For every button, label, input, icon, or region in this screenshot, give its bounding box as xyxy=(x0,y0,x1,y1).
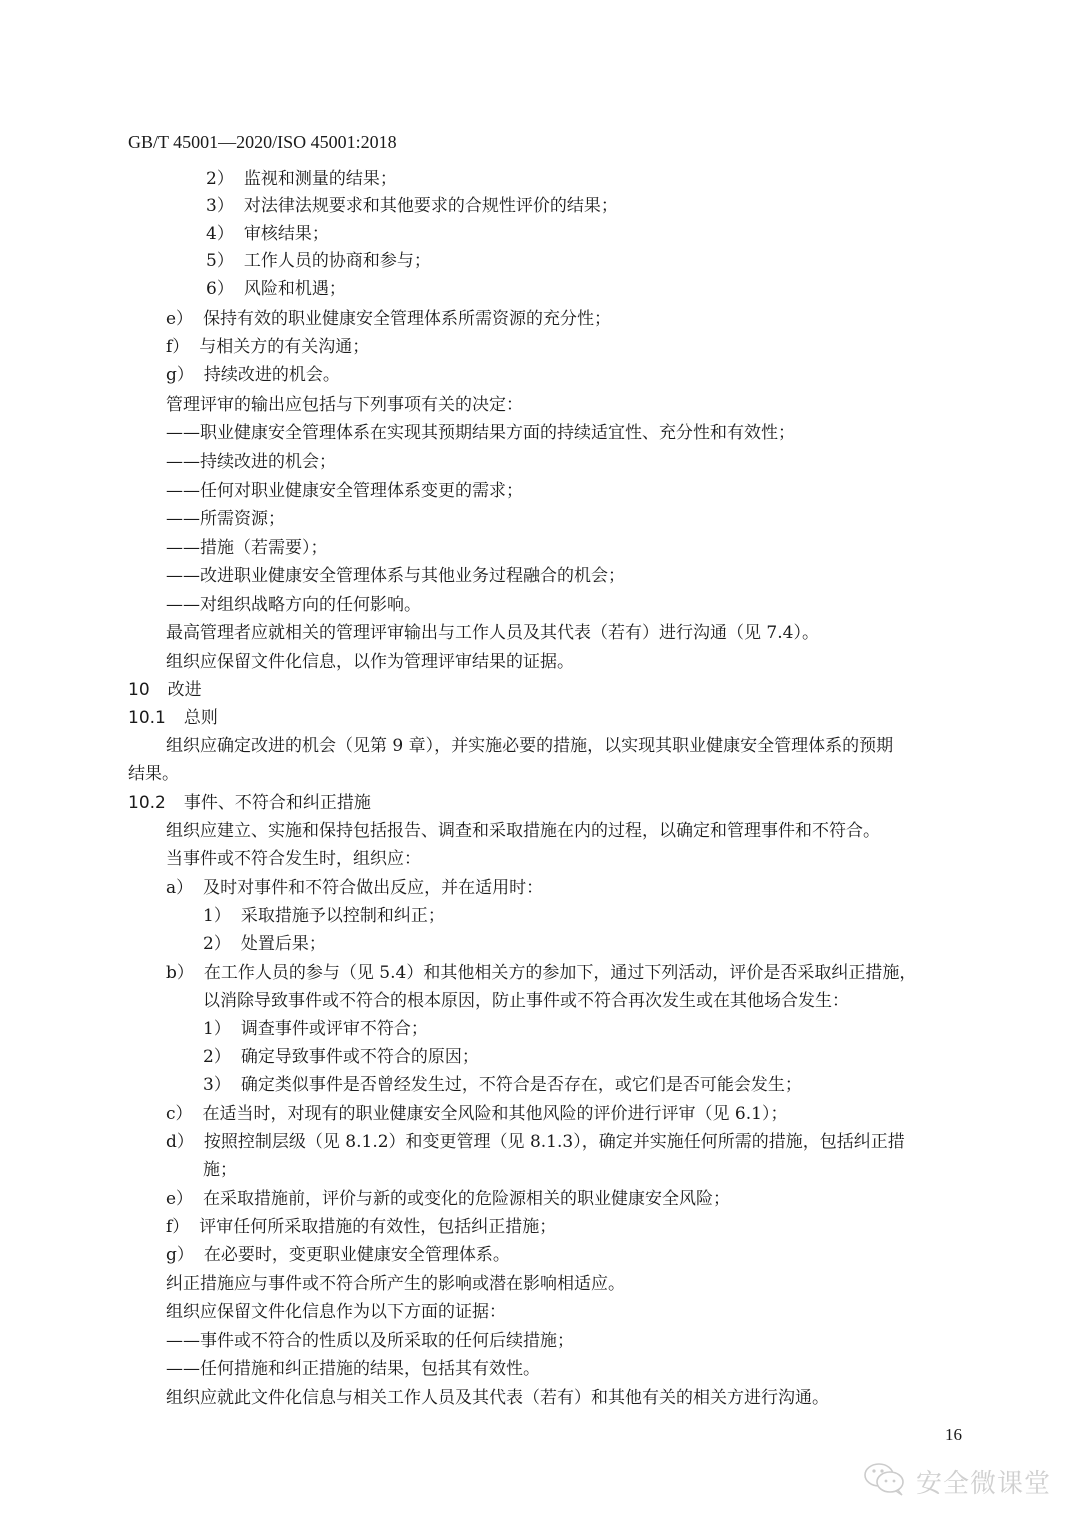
item-text: ——对组织战略方向的任何影响。 xyxy=(166,595,421,615)
item-text: 施； xyxy=(203,1160,237,1180)
text-line: ——持续改进的机会； xyxy=(166,449,336,476)
text-line: 组织应确定改进的机会（见第 9 章），并实施必要的措施，以实现其职业健康安全管理… xyxy=(166,733,893,760)
text-line: b）在工作人员的参与（见 5.4）和其他相关方的参加下，通过下列活动，评价是否采… xyxy=(166,960,916,987)
text-line: a）及时对事件和不符合做出反应，并在适用时： xyxy=(166,875,543,902)
text-line: ——措施（若需要）； xyxy=(166,535,328,562)
item-text: 审核结果； xyxy=(244,224,329,244)
item-text: 组织应保留文件化信息作为以下方面的证据： xyxy=(166,1302,506,1322)
item-text: 工作人员的协商和参与； xyxy=(244,251,431,271)
item-text: 总则 xyxy=(184,708,218,728)
text-line: c）在适当时，对现有的职业健康安全风险和其他风险的评价进行评审（见 6.1）； xyxy=(166,1101,787,1128)
text-line: 1）调查事件或评审不符合； xyxy=(203,1016,428,1043)
text-line: ——任何对职业健康安全管理体系变更的需求； xyxy=(166,478,523,505)
item-text: 在适当时，对现有的职业健康安全风险和其他风险的评价进行评审（见 6.1）； xyxy=(203,1104,788,1124)
item-text: ——事件或不符合的性质以及所采取的任何后续措施； xyxy=(166,1331,574,1351)
text-line: e）保持有效的职业健康安全管理体系所需资源的充分性； xyxy=(166,306,611,333)
text-line: d）按照控制层级（见 8.1.2）和变更管理（见 8.1.3），确定并实施任何所… xyxy=(166,1129,905,1156)
item-text: 组织应确定改进的机会（见第 9 章），并实施必要的措施，以实现其职业健康安全管理… xyxy=(166,736,893,756)
text-line: ——改进职业健康安全管理体系与其他业务过程融合的机会； xyxy=(166,563,625,590)
item-text: 与相关方的有关沟通； xyxy=(199,337,369,357)
text-line: ——事件或不符合的性质以及所采取的任何后续措施； xyxy=(166,1328,574,1355)
text-line: e）在采取措施前，评价与新的或变化的危险源相关的职业健康安全风险； xyxy=(166,1186,730,1213)
item-text: ——措施（若需要）； xyxy=(166,538,328,558)
item-text: ——任何对职业健康安全管理体系变更的需求； xyxy=(166,481,523,501)
item-label: f） xyxy=(166,334,189,361)
text-line: 2）处置后果； xyxy=(203,931,326,958)
item-label: e） xyxy=(166,306,193,333)
page-number: 16 xyxy=(945,1425,962,1445)
text-line: 3）确定类似事件是否曾经发生过，不符合是否存在，或它们是否可能会发生； xyxy=(203,1072,802,1099)
item-label: 5） xyxy=(206,248,234,275)
item-label: e） xyxy=(166,1186,193,1213)
text-line: 2）监视和测量的结果； xyxy=(206,166,397,193)
item-label: b） xyxy=(166,960,194,987)
item-text: 保持有效的职业健康安全管理体系所需资源的充分性； xyxy=(203,309,611,329)
text-line: 1）采取措施予以控制和纠正； xyxy=(203,903,445,930)
text-line: f）评审任何所采取措施的有效性，包括纠正措施； xyxy=(166,1214,556,1241)
item-text: 在工作人员的参与（见 5.4）和其他相关方的参加下，通过下列活动，评价是否采取纠… xyxy=(204,963,916,983)
item-label: 10.1 xyxy=(128,705,166,732)
item-text: ——任何措施和纠正措施的结果，包括其有效性。 xyxy=(166,1359,540,1379)
item-label: g） xyxy=(166,362,194,389)
item-text: 以消除导致事件或不符合的根本原因，防止事件或不符合再次发生或在其他场合发生： xyxy=(203,991,849,1011)
item-label: 4） xyxy=(206,221,234,248)
item-text: 管理评审的输出应包括与下列事项有关的决定： xyxy=(166,395,523,415)
text-line: f）与相关方的有关沟通； xyxy=(166,334,369,361)
item-label: 6） xyxy=(206,276,234,303)
text-line: 组织应保留文件化信息作为以下方面的证据： xyxy=(166,1299,506,1326)
item-text: 纠正措施应与事件或不符合所产生的影响或潜在影响相适应。 xyxy=(166,1274,625,1294)
item-text: 结果。 xyxy=(128,764,179,784)
text-line: g）在必要时，变更职业健康安全管理体系。 xyxy=(166,1242,510,1269)
item-text: 组织应就此文件化信息与相关工作人员及其代表（若有）和其他有关的相关方进行沟通。 xyxy=(166,1388,829,1408)
item-label: a） xyxy=(166,875,193,902)
item-text: 按照控制层级（见 8.1.2）和变更管理（见 8.1.3），确定并实施任何所需的… xyxy=(204,1132,905,1152)
section-heading: 10改进 xyxy=(128,677,202,704)
item-text: 采取措施予以控制和纠正； xyxy=(241,906,445,926)
item-label: 3） xyxy=(203,1072,231,1099)
text-line: 以消除导致事件或不符合的根本原因，防止事件或不符合再次发生或在其他场合发生： xyxy=(203,988,849,1015)
text-line: 4）审核结果； xyxy=(206,221,329,248)
item-text: 及时对事件和不符合做出反应，并在适用时： xyxy=(203,878,543,898)
item-label: 1） xyxy=(203,903,231,930)
item-text: ——改进职业健康安全管理体系与其他业务过程融合的机会； xyxy=(166,566,625,586)
item-text: 处置后果； xyxy=(241,934,326,954)
item-text: 持续改进的机会。 xyxy=(204,365,340,385)
item-text: ——所需资源； xyxy=(166,509,285,529)
item-text: ——职业健康安全管理体系在实现其预期结果方面的持续适宜性、充分性和有效性； xyxy=(166,423,795,443)
text-line: g）持续改进的机会。 xyxy=(166,362,340,389)
item-label: 1） xyxy=(203,1016,231,1043)
item-text: 组织应保留文件化信息，以作为管理评审结果的证据。 xyxy=(166,652,574,672)
wechat-icon xyxy=(862,1460,908,1502)
standard-code-header: GB/T 45001—2020/ISO 45001:2018 xyxy=(128,130,397,154)
item-text: 确定导致事件或不符合的原因； xyxy=(241,1047,479,1067)
text-line: ——所需资源； xyxy=(166,506,285,533)
text-line: 管理评审的输出应包括与下列事项有关的决定： xyxy=(166,392,523,419)
item-label: 2） xyxy=(203,931,231,958)
item-text: 风险和机遇； xyxy=(244,279,346,299)
text-line: ——任何措施和纠正措施的结果，包括其有效性。 xyxy=(166,1356,540,1383)
text-line: 组织应就此文件化信息与相关工作人员及其代表（若有）和其他有关的相关方进行沟通。 xyxy=(166,1385,829,1412)
item-label: 10 xyxy=(128,677,150,704)
section-heading: 10.2事件、不符合和纠正措施 xyxy=(128,790,371,817)
text-line: 当事件或不符合发生时，组织应： xyxy=(166,846,421,873)
item-label: 10.2 xyxy=(128,790,166,817)
item-label: 2） xyxy=(206,166,234,193)
text-line: 3）对法律法规要求和其他要求的合规性评价的结果； xyxy=(206,193,618,220)
text-line: 最高管理者应就相关的管理评审输出与工作人员及其代表（若有）进行沟通（见 7.4）… xyxy=(166,620,819,647)
item-text: 在必要时，变更职业健康安全管理体系。 xyxy=(204,1245,510,1265)
item-text: 改进 xyxy=(168,680,202,700)
item-text: 对法律法规要求和其他要求的合规性评价的结果； xyxy=(244,196,618,216)
text-line: 纠正措施应与事件或不符合所产生的影响或潜在影响相适应。 xyxy=(166,1271,625,1298)
text-line: ——职业健康安全管理体系在实现其预期结果方面的持续适宜性、充分性和有效性； xyxy=(166,420,795,447)
item-text: 评审任何所采取措施的有效性，包括纠正措施； xyxy=(199,1217,556,1237)
item-text: 确定类似事件是否曾经发生过，不符合是否存在，或它们是否可能会发生； xyxy=(241,1075,802,1095)
item-text: 组织应建立、实施和保持包括报告、调查和采取措施在内的过程，以确定和管理事件和不符… xyxy=(166,821,880,841)
item-label: f） xyxy=(166,1214,189,1241)
item-text: 在采取措施前，评价与新的或变化的危险源相关的职业健康安全风险； xyxy=(203,1189,730,1209)
item-label: 3） xyxy=(206,193,234,220)
watermark: 安全微课堂 xyxy=(862,1460,1051,1502)
text-line: 组织应保留文件化信息，以作为管理评审结果的证据。 xyxy=(166,649,574,676)
item-label: g） xyxy=(166,1242,194,1269)
text-line: 施； xyxy=(203,1157,237,1184)
item-text: 当事件或不符合发生时，组织应： xyxy=(166,849,421,869)
text-line: 5）工作人员的协商和参与； xyxy=(206,248,431,275)
text-line: ——对组织战略方向的任何影响。 xyxy=(166,592,421,619)
item-text: 事件、不符合和纠正措施 xyxy=(184,793,371,813)
item-label: 2） xyxy=(203,1044,231,1071)
item-text: ——持续改进的机会； xyxy=(166,452,336,472)
text-line: 2）确定导致事件或不符合的原因； xyxy=(203,1044,479,1071)
item-text: 最高管理者应就相关的管理评审输出与工作人员及其代表（若有）进行沟通（见 7.4）… xyxy=(166,623,819,643)
watermark-text: 安全微课堂 xyxy=(916,1463,1051,1500)
section-heading: 10.1总则 xyxy=(128,705,218,732)
text-line: 结果。 xyxy=(128,761,179,788)
item-text: 调查事件或评审不符合； xyxy=(241,1019,428,1039)
item-label: d） xyxy=(166,1129,194,1156)
text-line: 组织应建立、实施和保持包括报告、调查和采取措施在内的过程，以确定和管理事件和不符… xyxy=(166,818,880,845)
text-line: 6）风险和机遇； xyxy=(206,276,346,303)
item-label: c） xyxy=(166,1101,193,1128)
item-text: 监视和测量的结果； xyxy=(244,169,397,189)
